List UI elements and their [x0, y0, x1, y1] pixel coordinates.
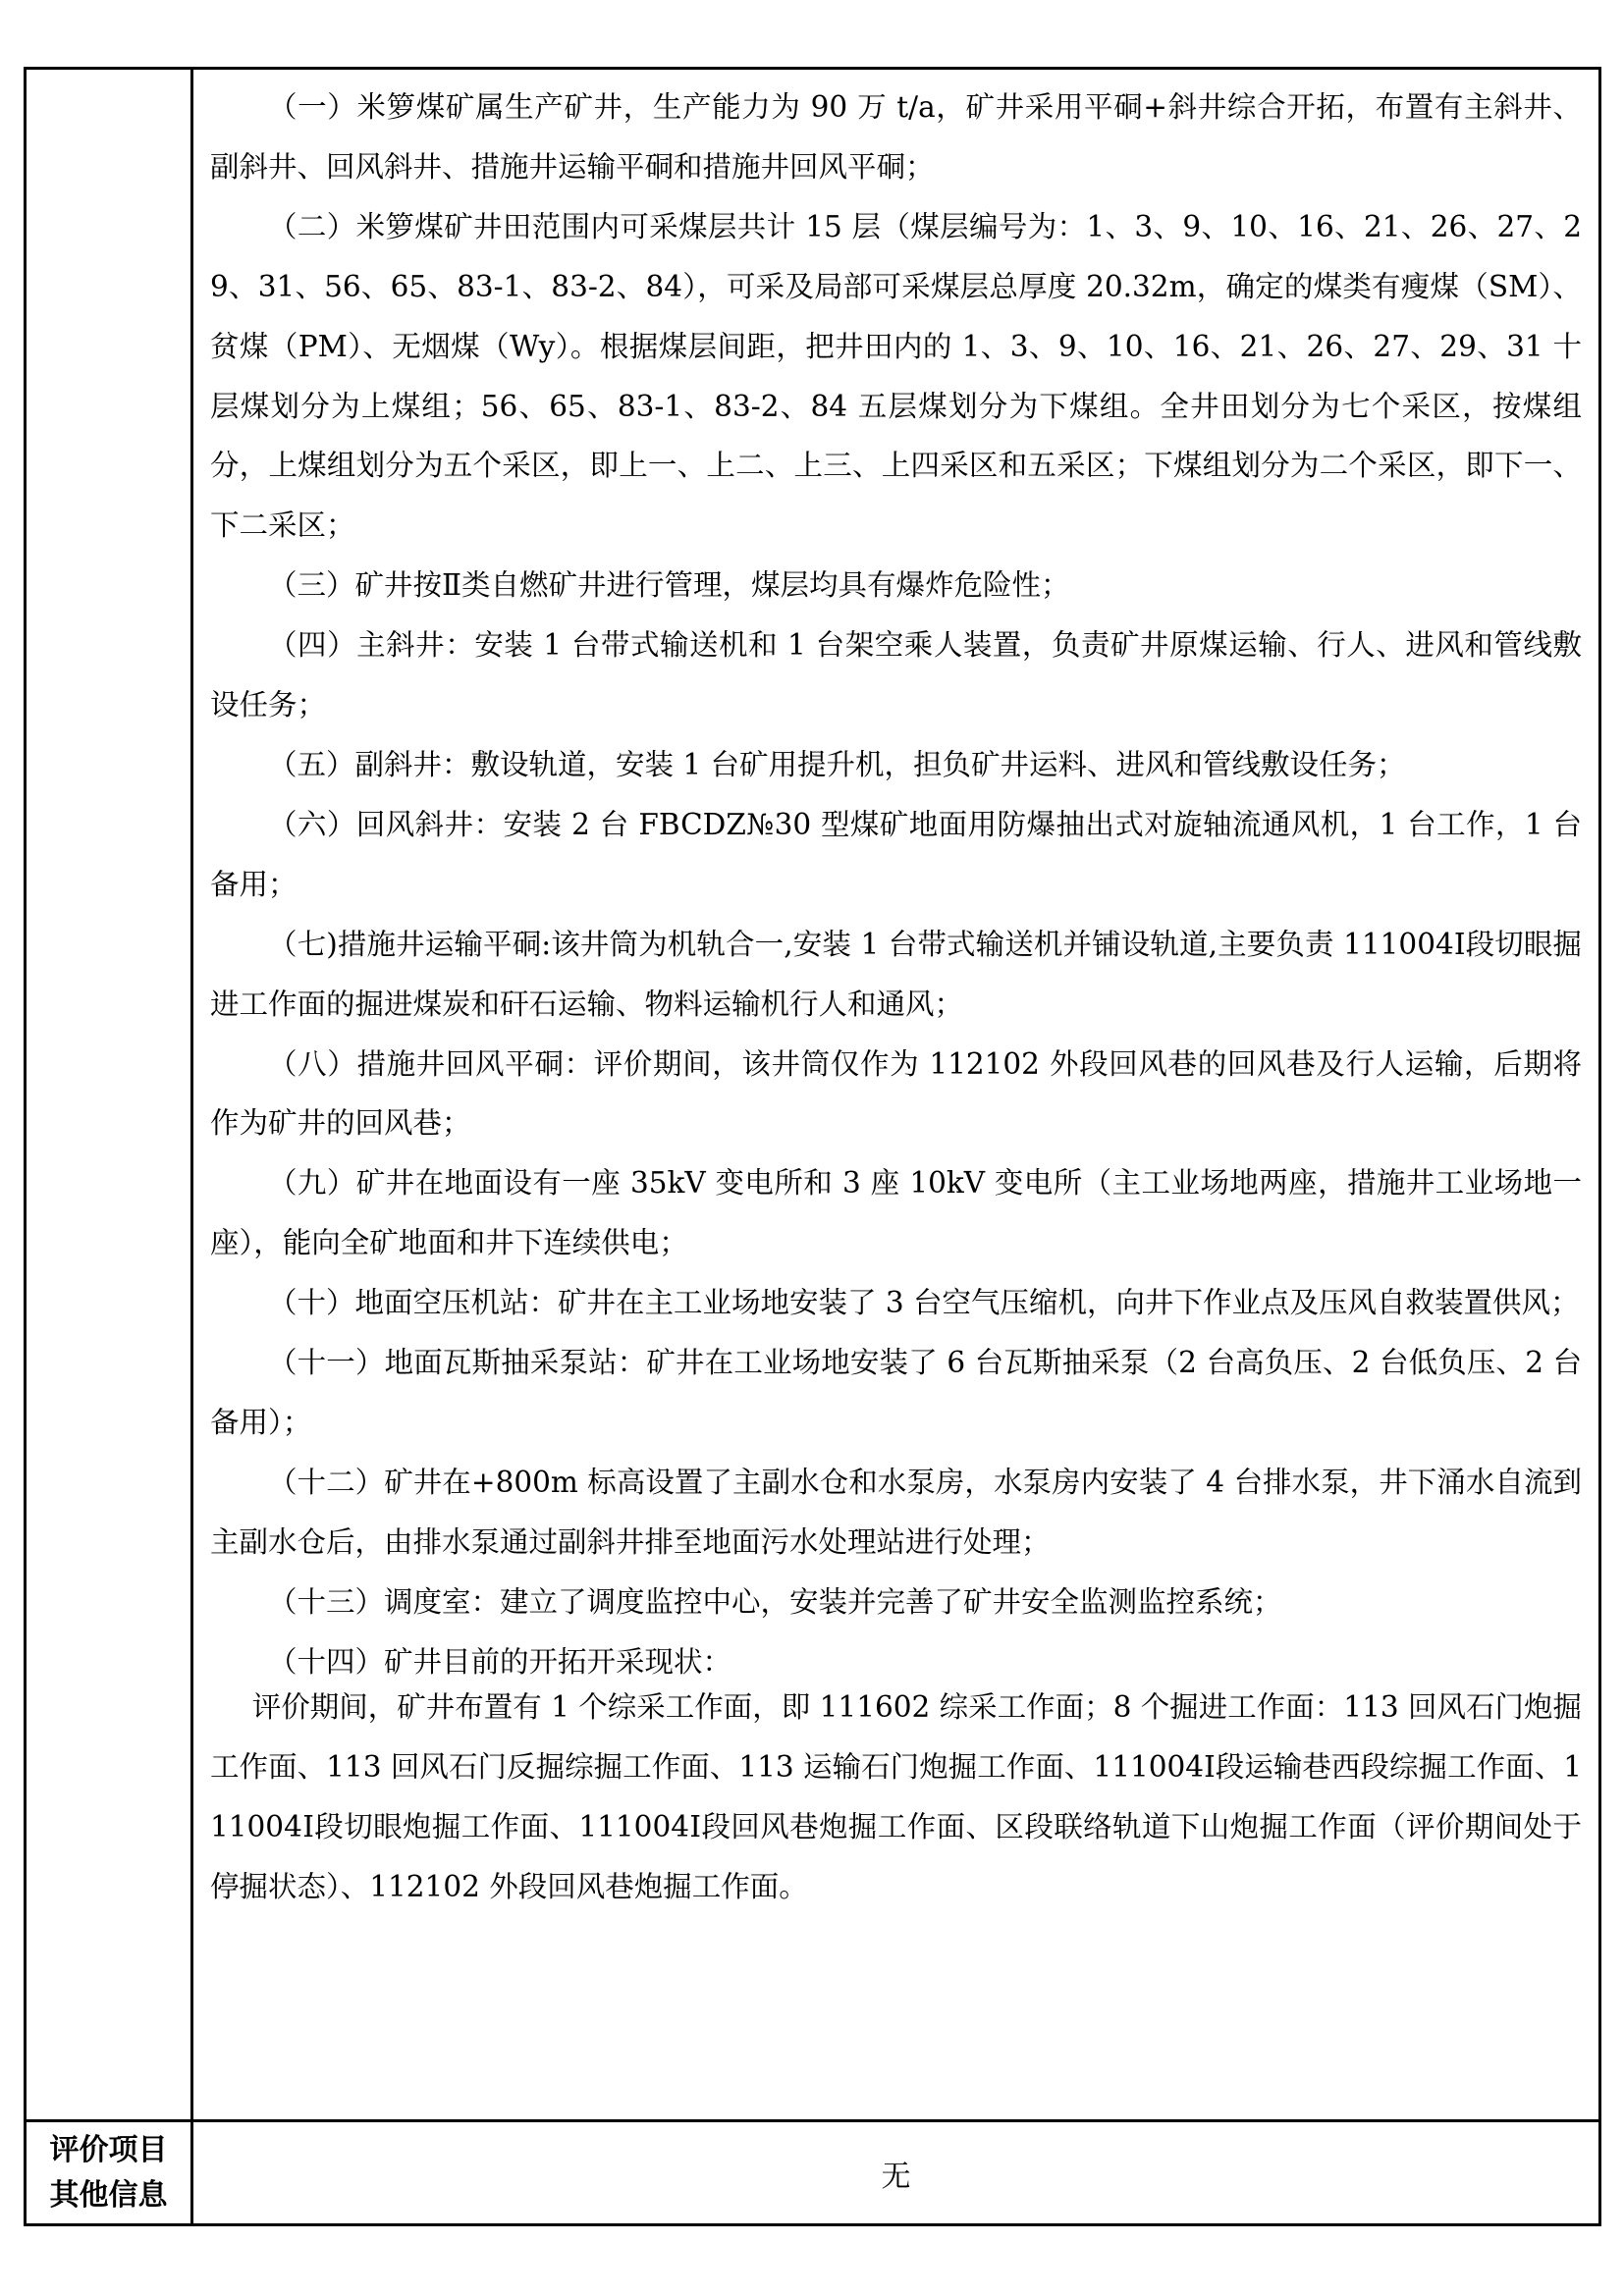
paragraph-14-mining-status-detail: 评价期间，矿井布置有 1 个综采工作面，即 111602 综采工作面；8 个掘进… [210, 1678, 1582, 1917]
other-info-value: 无 [882, 2160, 911, 2194]
paragraph-3-spontaneous-combustion: （三）矿井按Ⅱ类自燃矿井进行管理，煤层均具有爆炸危险性； [210, 556, 1582, 615]
other-info-label-cell: 评价项目 其他信息 [26, 2121, 192, 2225]
table-row-mine-overview: （一）米箩煤矿属生产矿井，生产能力为 90 万 t/a，矿井采用平硐+斜井综合开… [26, 69, 1600, 2121]
table-row-other-info: 评价项目 其他信息 无 [26, 2121, 1600, 2225]
paragraph-9-substations: （九）矿井在地面设有一座 35kV 变电所和 3 座 10kV 变电所（主工业场… [210, 1153, 1582, 1273]
paragraph-11-gas-drainage: （十一）地面瓦斯抽采泵站：矿井在工业场地安装了 6 台瓦斯抽采泵（2 台高负压、… [210, 1333, 1582, 1453]
row-label-cell-empty [26, 69, 192, 2121]
paragraph-10-air-compressor: （十）地面空压机站：矿井在主工业场地安装了 3 台空气压缩机，向井下作业点及压风… [210, 1273, 1582, 1333]
paragraph-12-drainage-pumps: （十二）矿井在+800m 标高设置了主副水仓和水泵房，水泵房内安装了 4 台排水… [210, 1453, 1582, 1573]
paragraph-13-dispatch-room: （十三）调度室：建立了调度监控中心，安装并完善了矿井安全监测监控系统； [210, 1573, 1582, 1632]
other-info-label-line-1: 评价项目 [27, 2128, 190, 2173]
paragraph-4-main-incline: （四）主斜井：安装 1 台带式输送机和 1 台架空乘人装置，负责矿井原煤运输、行… [210, 615, 1582, 735]
paragraph-1-production-mine: （一）米箩煤矿属生产矿井，生产能力为 90 万 t/a，矿井采用平硐+斜井综合开… [210, 78, 1582, 197]
other-info-value-cell: 无 [192, 2121, 1600, 2225]
evaluation-info-table: （一）米箩煤矿属生产矿井，生产能力为 90 万 t/a，矿井采用平硐+斜井综合开… [24, 67, 1601, 2226]
paragraph-8-return-air-adit: （八）措施井回风平硐：评价期间，该井筒仅作为 112102 外段回风巷的回风巷及… [210, 1035, 1582, 1154]
paragraph-2-coal-seams: （二）米箩煤矿井田范围内可采煤层共计 15 层（煤层编号为：1、3、9、10、1… [210, 197, 1582, 556]
paragraph-7-transport-adit: （七)措施井运输平硐:该井筒为机轨合一,安装 1 台带式输送机并铺设轨道,主要负… [210, 915, 1582, 1035]
paragraph-6-return-air-incline: （六）回风斜井：安装 2 台 FBCDZ№30 型煤矿地面用防爆抽出式对旋轴流通… [210, 795, 1582, 915]
paragraph-5-auxiliary-incline: （五）副斜井：敷设轨道，安装 1 台矿用提升机，担负矿井运料、进风和管线敷设任务… [210, 735, 1582, 795]
other-info-label-line-2: 其他信息 [27, 2173, 190, 2218]
mine-overview-cell: （一）米箩煤矿属生产矿井，生产能力为 90 万 t/a，矿井采用平硐+斜井综合开… [192, 69, 1600, 2121]
